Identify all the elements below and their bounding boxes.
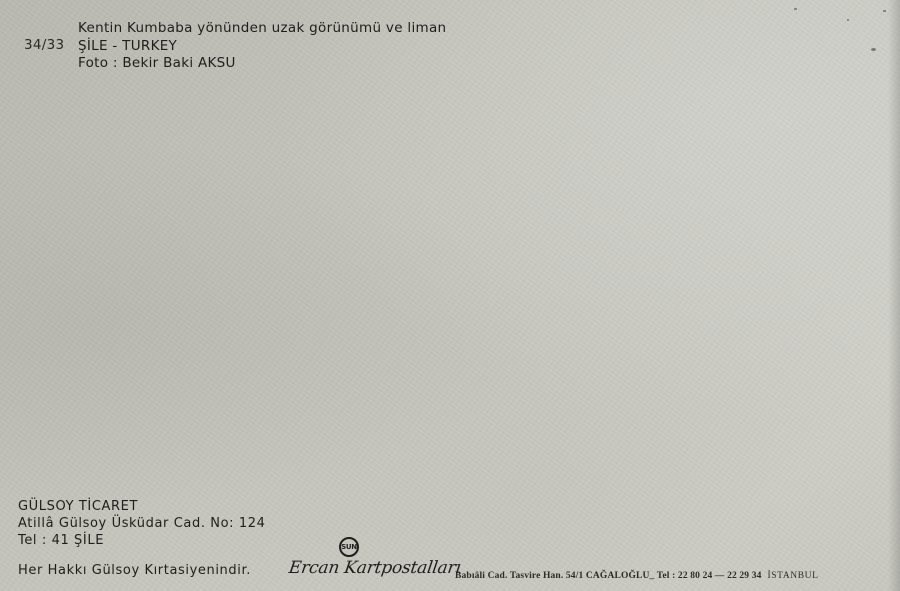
caption-location: ŞİLE - TURKEY (78, 38, 446, 56)
printer-address: Babıâli Cad. Tasvire Han. 54/1 CAĞALOĞLU… (455, 571, 762, 581)
rights-notice: Her Hakkı Gülsoy Kırtasiyenindir. (18, 563, 251, 578)
printer-city: İSTANBUL (768, 571, 819, 581)
paper-speck (883, 10, 886, 12)
publisher-block: GÜLSOY TİCARET Atillâ Gülsoy Üsküdar Cad… (18, 498, 266, 549)
sun-logo-icon: SUN (339, 537, 359, 557)
edge-shadow (888, 0, 900, 591)
card-number: 34/33 (24, 37, 64, 53)
publisher-phone: Tel : 41 ŞİLE (18, 532, 266, 549)
paper-speck (847, 19, 849, 21)
logo-text: SUN (341, 543, 357, 551)
publisher-address: Atillâ Gülsoy Üsküdar Cad. No: 124 (18, 515, 266, 532)
publisher-name: GÜLSOY TİCARET (18, 498, 266, 515)
photo-credit: Foto : Bekir Baki AKSU (78, 55, 446, 73)
paper-speck (871, 48, 876, 51)
caption-block: Kentin Kumbaba yönünden uzak görünümü ve… (78, 20, 446, 73)
caption-description: Kentin Kumbaba yönünden uzak görünümü ve… (78, 20, 446, 38)
printer-info: Babıâli Cad. Tasvire Han. 54/1 CAĞALOĞLU… (455, 571, 819, 581)
paper-speck (794, 8, 797, 10)
brand-signature: Ercan Kartpostalları (288, 558, 463, 578)
